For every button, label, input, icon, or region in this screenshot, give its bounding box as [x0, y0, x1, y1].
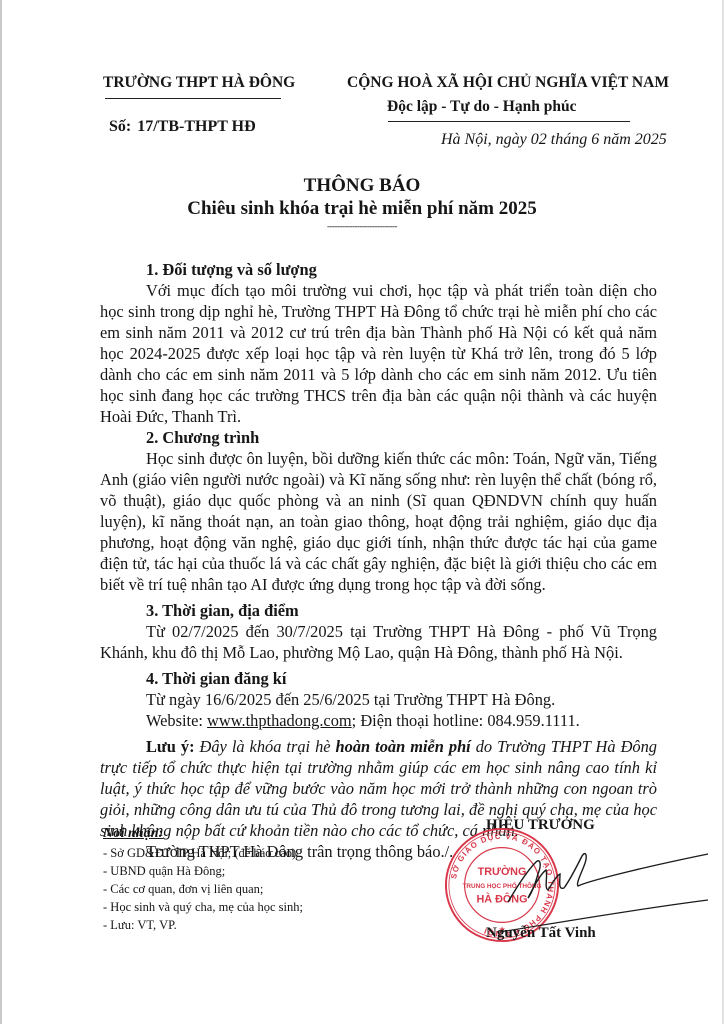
section-heading: 3. Thời gian, địa điểm: [100, 600, 657, 621]
recipients-block: Nơi nhận: - Sở GD&ĐT TP Hà Nội; (để báo …: [103, 826, 303, 934]
motto-underline: [388, 121, 630, 122]
recipient-item: - UBND quận Hà Đông;: [103, 862, 303, 880]
recipient-item: - Lưu: VT, VP.: [103, 916, 303, 934]
website-label: Website:: [146, 711, 207, 730]
document-title: THÔNG BÁO: [0, 175, 724, 197]
hotline: ; Điện thoại hotline: 084.959.1111.: [352, 711, 580, 730]
section-body: Từ 02/7/2025 đến 30/7/2025 tại Trường TH…: [100, 621, 657, 663]
section-heading: 4. Thời gian đăng kí: [100, 668, 657, 689]
document-body: 1. Đối tượng và số lượng Với mục đích tạ…: [100, 259, 657, 862]
school-name: TRƯỜNG THPT HÀ ĐÔNG: [103, 74, 295, 92]
document-number-value: 17/TB-THPT HĐ: [137, 118, 255, 135]
registration-dates: Từ ngày 16/6/2025 đến 25/6/2025 tại Trườ…: [100, 689, 657, 710]
note-text: Đây là khóa trại hè: [195, 737, 336, 756]
national-motto: Độc lập - Tự do - Hạnh phúc: [387, 98, 576, 116]
website-link[interactable]: www.thpthadong.com: [207, 711, 352, 730]
section-heading: 2. Chương trình: [100, 427, 657, 448]
school-name-underline: [105, 98, 281, 99]
section-body: Với mục đích tạo môi trường vui chơi, họ…: [100, 280, 657, 427]
page-edge-left: [0, 0, 2, 1024]
nation-title: CỘNG HOÀ XÃ HỘI CHỦ NGHĨA VIỆT NAM: [347, 74, 669, 92]
section-body: Học sinh được ôn luyện, bồi dưỡng kiến t…: [100, 448, 657, 595]
note-label: Lưu ý:: [146, 737, 195, 756]
recipient-item: - Học sinh và quý cha, mẹ của học sinh;: [103, 898, 303, 916]
document-number-label: Số:: [109, 118, 131, 135]
contact-line: Website: www.thpthadong.com; Điện thoại …: [100, 710, 657, 731]
note-emphasis: hoàn toàn miễn phí: [336, 737, 471, 756]
document-subtitle: Chiêu sinh khóa trại hè miễn phí năm 202…: [0, 198, 724, 220]
document-number: Số:17/TB-THPT HĐ: [109, 118, 256, 136]
place-date: Hà Nội, ngày 02 tháng 6 năm 2025: [441, 131, 667, 149]
signer-name: Nguyễn Tất Vinh: [486, 925, 596, 942]
section-heading: 1. Đối tượng và số lượng: [100, 259, 657, 280]
recipients-heading: Nơi nhận:: [103, 826, 303, 842]
recipient-item: - Sở GD&ĐT TP Hà Nội; (để báo cáo): [103, 844, 303, 862]
title-separator: ----------------------------: [0, 221, 724, 231]
recipient-item: - Các cơ quan, đơn vị liên quan;: [103, 880, 303, 898]
